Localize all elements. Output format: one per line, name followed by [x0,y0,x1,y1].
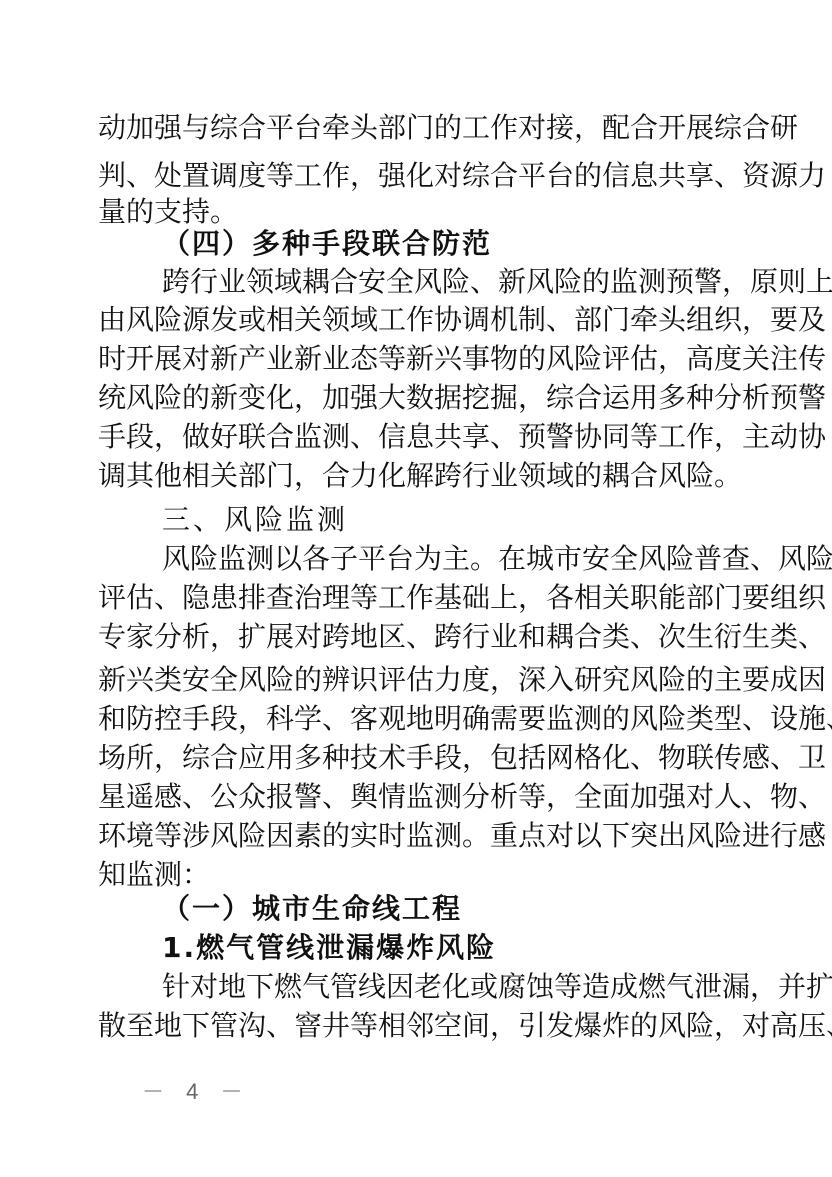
body-line-17: 场所，综合应用多种技术手段，包括网格化、物联传感、卫 [98,742,714,774]
body-line-5: 跨行业领域耦合安全风险、新风险的监测预警，原则上 [162,266,714,298]
body-line-3: 量的支持。 [98,196,714,228]
document-page: 动加强与综合平台牵头部门的工作对接，配合开展综合研 判、处置调度等工作，强化对综… [0,0,832,1177]
body-line-16: 和防控手段，科学、客观地明确需要监测的风险类型、设施、 [98,703,714,735]
item-heading-1: 1.燃气管线泄漏爆炸风险 [162,932,714,964]
page-number: － 4 － [142,1075,250,1106]
subsection-heading-4: （四）多种手段联合防范 [162,228,714,260]
body-line-23: 针对地下燃气管线因老化或腐蚀等造成燃气泄漏，并扩 [162,971,714,1003]
body-line-13: 评估、隐患排查治理等工作基础上，各相关职能部门要组织 [98,582,714,614]
body-line-1: 动加强与综合平台牵头部门的工作对接，配合开展综合研 [98,112,714,144]
body-line-10: 调其他相关部门，合力化解跨行业领域的耦合风险。 [98,460,714,492]
body-line-15: 新兴类安全风险的辨识评估力度，深入研究风险的主要成因 [98,664,714,696]
body-line-18: 星遥感、公众报警、舆情监测分析等，全面加强对人、物、 [98,781,714,813]
body-line-6: 由风险源发或相关领域工作协调机制、部门牵头组织，要及 [98,304,714,336]
body-line-12: 风险监测以各子平台为主。在城市安全风险普查、风险 [162,543,714,575]
body-line-14: 专家分析，扩展对跨地区、跨行业和耦合类、次生衍生类、 [98,621,714,653]
section-heading-3: 三、风险监测 [162,504,714,536]
body-line-8: 统风险的新变化，加强大数据挖掘，综合运用多种分析预警 [98,382,714,414]
body-line-2: 判、处置调度等工作，强化对综合平台的信息共享、资源力 [98,160,714,192]
body-line-20: 知监测： [98,859,714,891]
body-line-7: 时开展对新产业新业态等新兴事物的风险评估，高度关注传 [98,343,714,375]
body-line-19: 环境等涉风险因素的实时监测。重点对以下突出风险进行感 [98,820,714,852]
body-line-24: 散至地下管沟、窨井等相邻空间，引发爆炸的风险，对高压、 [98,1010,714,1042]
subsection-heading-1: （一）城市生命线工程 [162,893,714,925]
body-line-9: 手段，做好联合监测、信息共享、预警协同等工作，主动协 [98,421,714,453]
